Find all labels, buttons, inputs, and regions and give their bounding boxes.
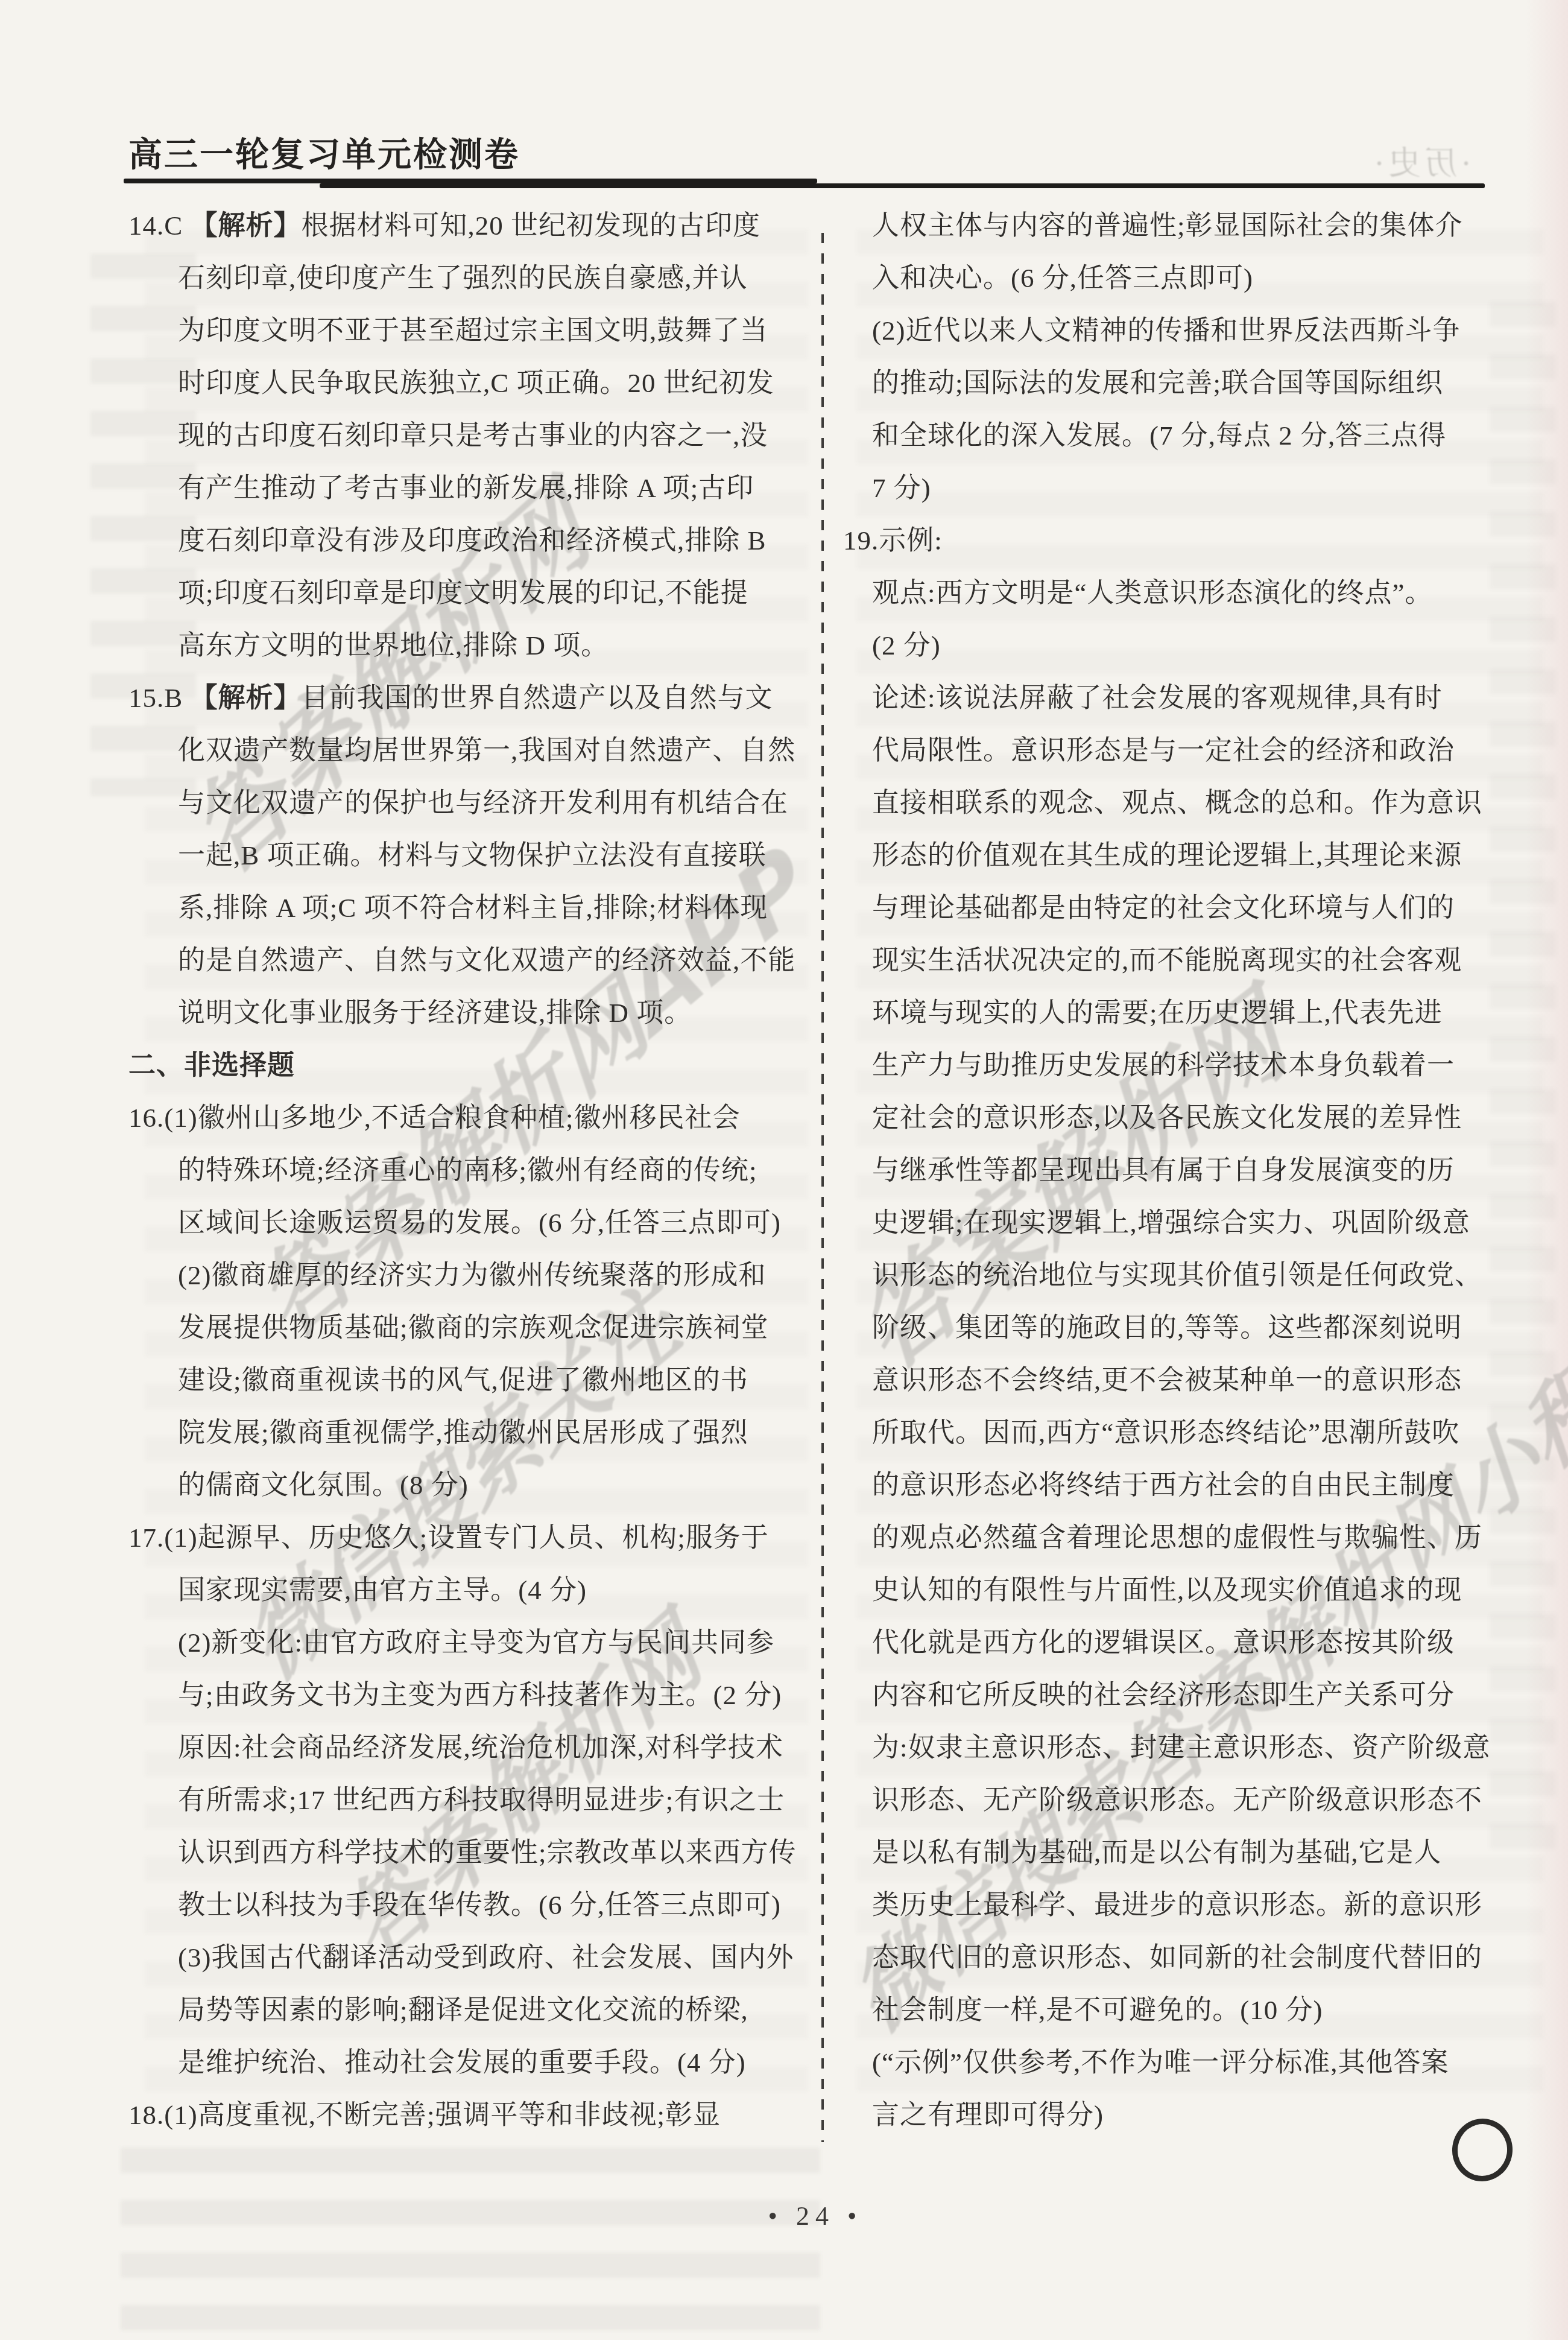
text-line: 发展提供物质基础;徽商的宗族观念促进宗族祠堂 xyxy=(128,1302,822,1354)
text-line: 的推动;国际法的发展和完善;联合国等国际组织 xyxy=(843,357,1552,410)
right-column: 人权主体与内容的普遍性;彰显国际社会的集体介入和决心。(6 分,任答三点即可)(… xyxy=(843,200,1552,2142)
left-column: 14.C 【解析】根据材料可知,20 世纪初发现的古印度石刻印章,使印度产生了强… xyxy=(128,200,822,2142)
text-line: 代化就是西方化的逻辑误区。意识形态按其阶级 xyxy=(843,1617,1552,1669)
text-line: 高东方文明的世界地位,排除 D 项。 xyxy=(128,620,822,672)
text-line: 系,排除 A 项;C 项不符合材料主旨,排除;材料体现 xyxy=(128,882,822,934)
text-line: 阶级、集团等的施政目的,等等。这些都深刻说明 xyxy=(843,1302,1552,1354)
page-number: • 24 • xyxy=(725,2201,906,2231)
text-line: 意识形态不会终结,更不会被某种单一的意识形态 xyxy=(843,1354,1552,1407)
text-line: 言之有理即可得分) xyxy=(843,2089,1552,2142)
text-line: (3)我国古代翻译活动受到政府、社会发展、国内外 xyxy=(128,1932,822,1984)
text-line: 有产生推动了考古事业的新发展,排除 A 项;古印 xyxy=(128,462,822,515)
text-line: 与文化双遗产的保护也与经济开发利用有机结合在 xyxy=(128,777,822,829)
scanned-answer-page: 高三一轮复习单元检测卷 ·历史· 答案解析网答案解析网APP微信搜索关注答案解析… xyxy=(0,0,1568,2340)
text-line: 国家现实需要,由官方主导。(4 分) xyxy=(128,1564,822,1617)
text-line: 原因:社会商品经济发展,统治危机加深,对科学技术 xyxy=(128,1722,822,1774)
text-line: 为:奴隶主意识形态、封建主意识形态、资产阶级意 xyxy=(843,1722,1552,1774)
text-line: 人权主体与内容的普遍性;彰显国际社会的集体介 xyxy=(843,200,1552,252)
text-line: (“示例”仅供参考,不作为唯一评分标准,其他答案 xyxy=(843,2037,1552,2089)
text-line: 18.(1)高度重视,不断完善;强调平等和非歧视;彰显 xyxy=(128,2089,822,2142)
text-line: 史逻辑;在现实逻辑上,增强综合实力、巩固阶级意 xyxy=(843,1197,1552,1249)
text-line: 生产力与助推历史发展的科学技术本身负载着一 xyxy=(843,1039,1552,1092)
text-line: 项;印度石刻印章是印度文明发展的印记,不能提 xyxy=(128,567,822,620)
text-line: 17.(1)起源早、历史悠久;设置专门人员、机构;服务于 xyxy=(128,1512,822,1564)
text-line: 教士以科技为手段在华传教。(6 分,任答三点即可) xyxy=(128,1879,822,1932)
text-line: (2)新变化:由官方政府主导变为官方与民间共同参 xyxy=(128,1617,822,1669)
text-line: 二、非选择题 xyxy=(128,1039,822,1092)
text-line: 与理论基础都是由特定的社会文化环境与人们的 xyxy=(843,882,1552,934)
text-line: 识形态的统治地位与实现其价值引领是任何政党、 xyxy=(843,1249,1552,1302)
ghost-bleed-bottom-left xyxy=(121,2148,820,2335)
text-line: 观点:西方文明是“人类意识形态演化的终点”。 xyxy=(843,567,1552,620)
text-line: 现的古印度石刻印章只是考古事业的内容之一,没 xyxy=(128,410,822,462)
text-line: 区域间长途贩运贸易的发展。(6 分,任答三点即可) xyxy=(128,1197,822,1249)
text-line: 和全球化的深入发展。(7 分,每点 2 分,答三点得 xyxy=(843,410,1552,462)
text-line: (2)近代以来人文精神的传播和世界反法西斯斗争 xyxy=(843,305,1552,357)
text-line: 代局限性。意识形态是与一定社会的经济和政治 xyxy=(843,725,1552,777)
text-line: 与;由政务文书为主变为西方科技著作为主。(2 分) xyxy=(128,1669,822,1722)
text-line: 论述:该说法屏蔽了社会发展的客观规律,具有时 xyxy=(843,672,1552,725)
text-line: 与继承性等都呈现出具有属于自身发展演变的历 xyxy=(843,1144,1552,1197)
text-line: 石刻印章,使印度产生了强烈的民族自豪感,并认 xyxy=(128,252,822,305)
text-line: 建设;徽商重视读书的风气,促进了徽州地区的书 xyxy=(128,1354,822,1407)
text-line: 态取代旧的意识形态、如同新的社会制度代替旧的 xyxy=(843,1932,1552,1984)
text-line: 为印度文明不亚于甚至超过宗主国文明,鼓舞了当 xyxy=(128,305,822,357)
text-line: 史认知的有限性与片面性,以及现实价值追求的现 xyxy=(843,1564,1552,1617)
text-line: 有所需求;17 世纪西方科技取得明显进步;有识之士 xyxy=(128,1774,822,1827)
text-line: 说明文化事业服务于经济建设,排除 D 项。 xyxy=(128,987,822,1039)
text-line: 度石刻印章没有涉及印度政治和经济模式,排除 B xyxy=(128,515,822,567)
text-line: 是维护统治、推动社会发展的重要手段。(4 分) xyxy=(128,2037,822,2089)
text-line: 7 分) xyxy=(843,462,1552,515)
text-line: 现实生活状况决定的,而不能脱离现实的社会客观 xyxy=(843,934,1552,987)
text-line: 定社会的意识形态,以及各民族文化发展的差异性 xyxy=(843,1092,1552,1144)
text-line: 16.(1)徽州山多地少,不适合粮食种植;徽州移民社会 xyxy=(128,1092,822,1144)
text-line: (2)徽商雄厚的经济实力为徽州传统聚落的形成和 xyxy=(128,1249,822,1302)
text-line: 院发展;徽商重视儒学,推动徽州民居形成了强烈 xyxy=(128,1407,822,1459)
text-line: 直接相联系的观念、观点、概念的总和。作为意识 xyxy=(843,777,1552,829)
text-line: 的儒商文化氛围。(8 分) xyxy=(128,1459,822,1512)
text-line: 类历史上最科学、最进步的意识形态。新的意识形 xyxy=(843,1879,1552,1932)
text-line: 15.B 【解析】目前我国的世界自然遗产以及自然与文 xyxy=(128,672,822,725)
text-line: 19.示例: xyxy=(843,515,1552,567)
text-line: 内容和它所反映的社会经济形态即生产关系可分 xyxy=(843,1669,1552,1722)
text-line: 的观点必然蕴含着理论思想的虚假性与欺骗性、历 xyxy=(843,1512,1552,1564)
text-line: 的意识形态必将终结于西方社会的自由民主制度 xyxy=(843,1459,1552,1512)
text-line: 认识到西方科学技术的重要性;宗教改革以来西方传 xyxy=(128,1827,822,1879)
text-line: 入和决心。(6 分,任答三点即可) xyxy=(843,252,1552,305)
text-line: 局势等因素的影响;翻译是促进文化交流的桥梁, xyxy=(128,1984,822,2037)
text-line: 化双遗产数量均居世界第一,我国对自然遗产、自然 xyxy=(128,725,822,777)
header-rule-bottom xyxy=(320,183,1485,188)
subject-bleed-text: ·历史· xyxy=(1321,138,1472,184)
text-line: 的特殊环境;经济重心的南移;徽州有经商的传统; xyxy=(128,1144,822,1197)
text-line: 是以私有制为基础,而是以公有制为基础,它是人 xyxy=(843,1827,1552,1879)
text-line: 14.C 【解析】根据材料可知,20 世纪初发现的古印度 xyxy=(128,200,822,252)
text-line: 识形态、无产阶级意识形态。无产阶级意识形态不 xyxy=(843,1774,1552,1827)
text-line: 环境与现实的人的需要;在历史逻辑上,代表先进 xyxy=(843,987,1552,1039)
text-line: 的是自然遗产、自然与文化双遗产的经济效益,不能 xyxy=(128,934,822,987)
text-line: 所取代。因而,西方“意识形态终结论”思潮所鼓吹 xyxy=(843,1407,1552,1459)
text-line: (2 分) xyxy=(843,620,1552,672)
header-rule-top xyxy=(124,179,817,183)
text-line: 时印度人民争取民族独立,C 项正确。20 世纪初发 xyxy=(128,357,822,410)
text-line: 一起,B 项正确。材料与文物保护立法没有直接联 xyxy=(128,829,822,882)
text-line: 形态的价值观在其生成的理论逻辑上,其理论来源 xyxy=(843,829,1552,882)
text-line: 社会制度一样,是不可避免的。(10 分) xyxy=(843,1984,1552,2037)
page-title: 高三一轮复习单元检测卷 xyxy=(128,128,520,176)
